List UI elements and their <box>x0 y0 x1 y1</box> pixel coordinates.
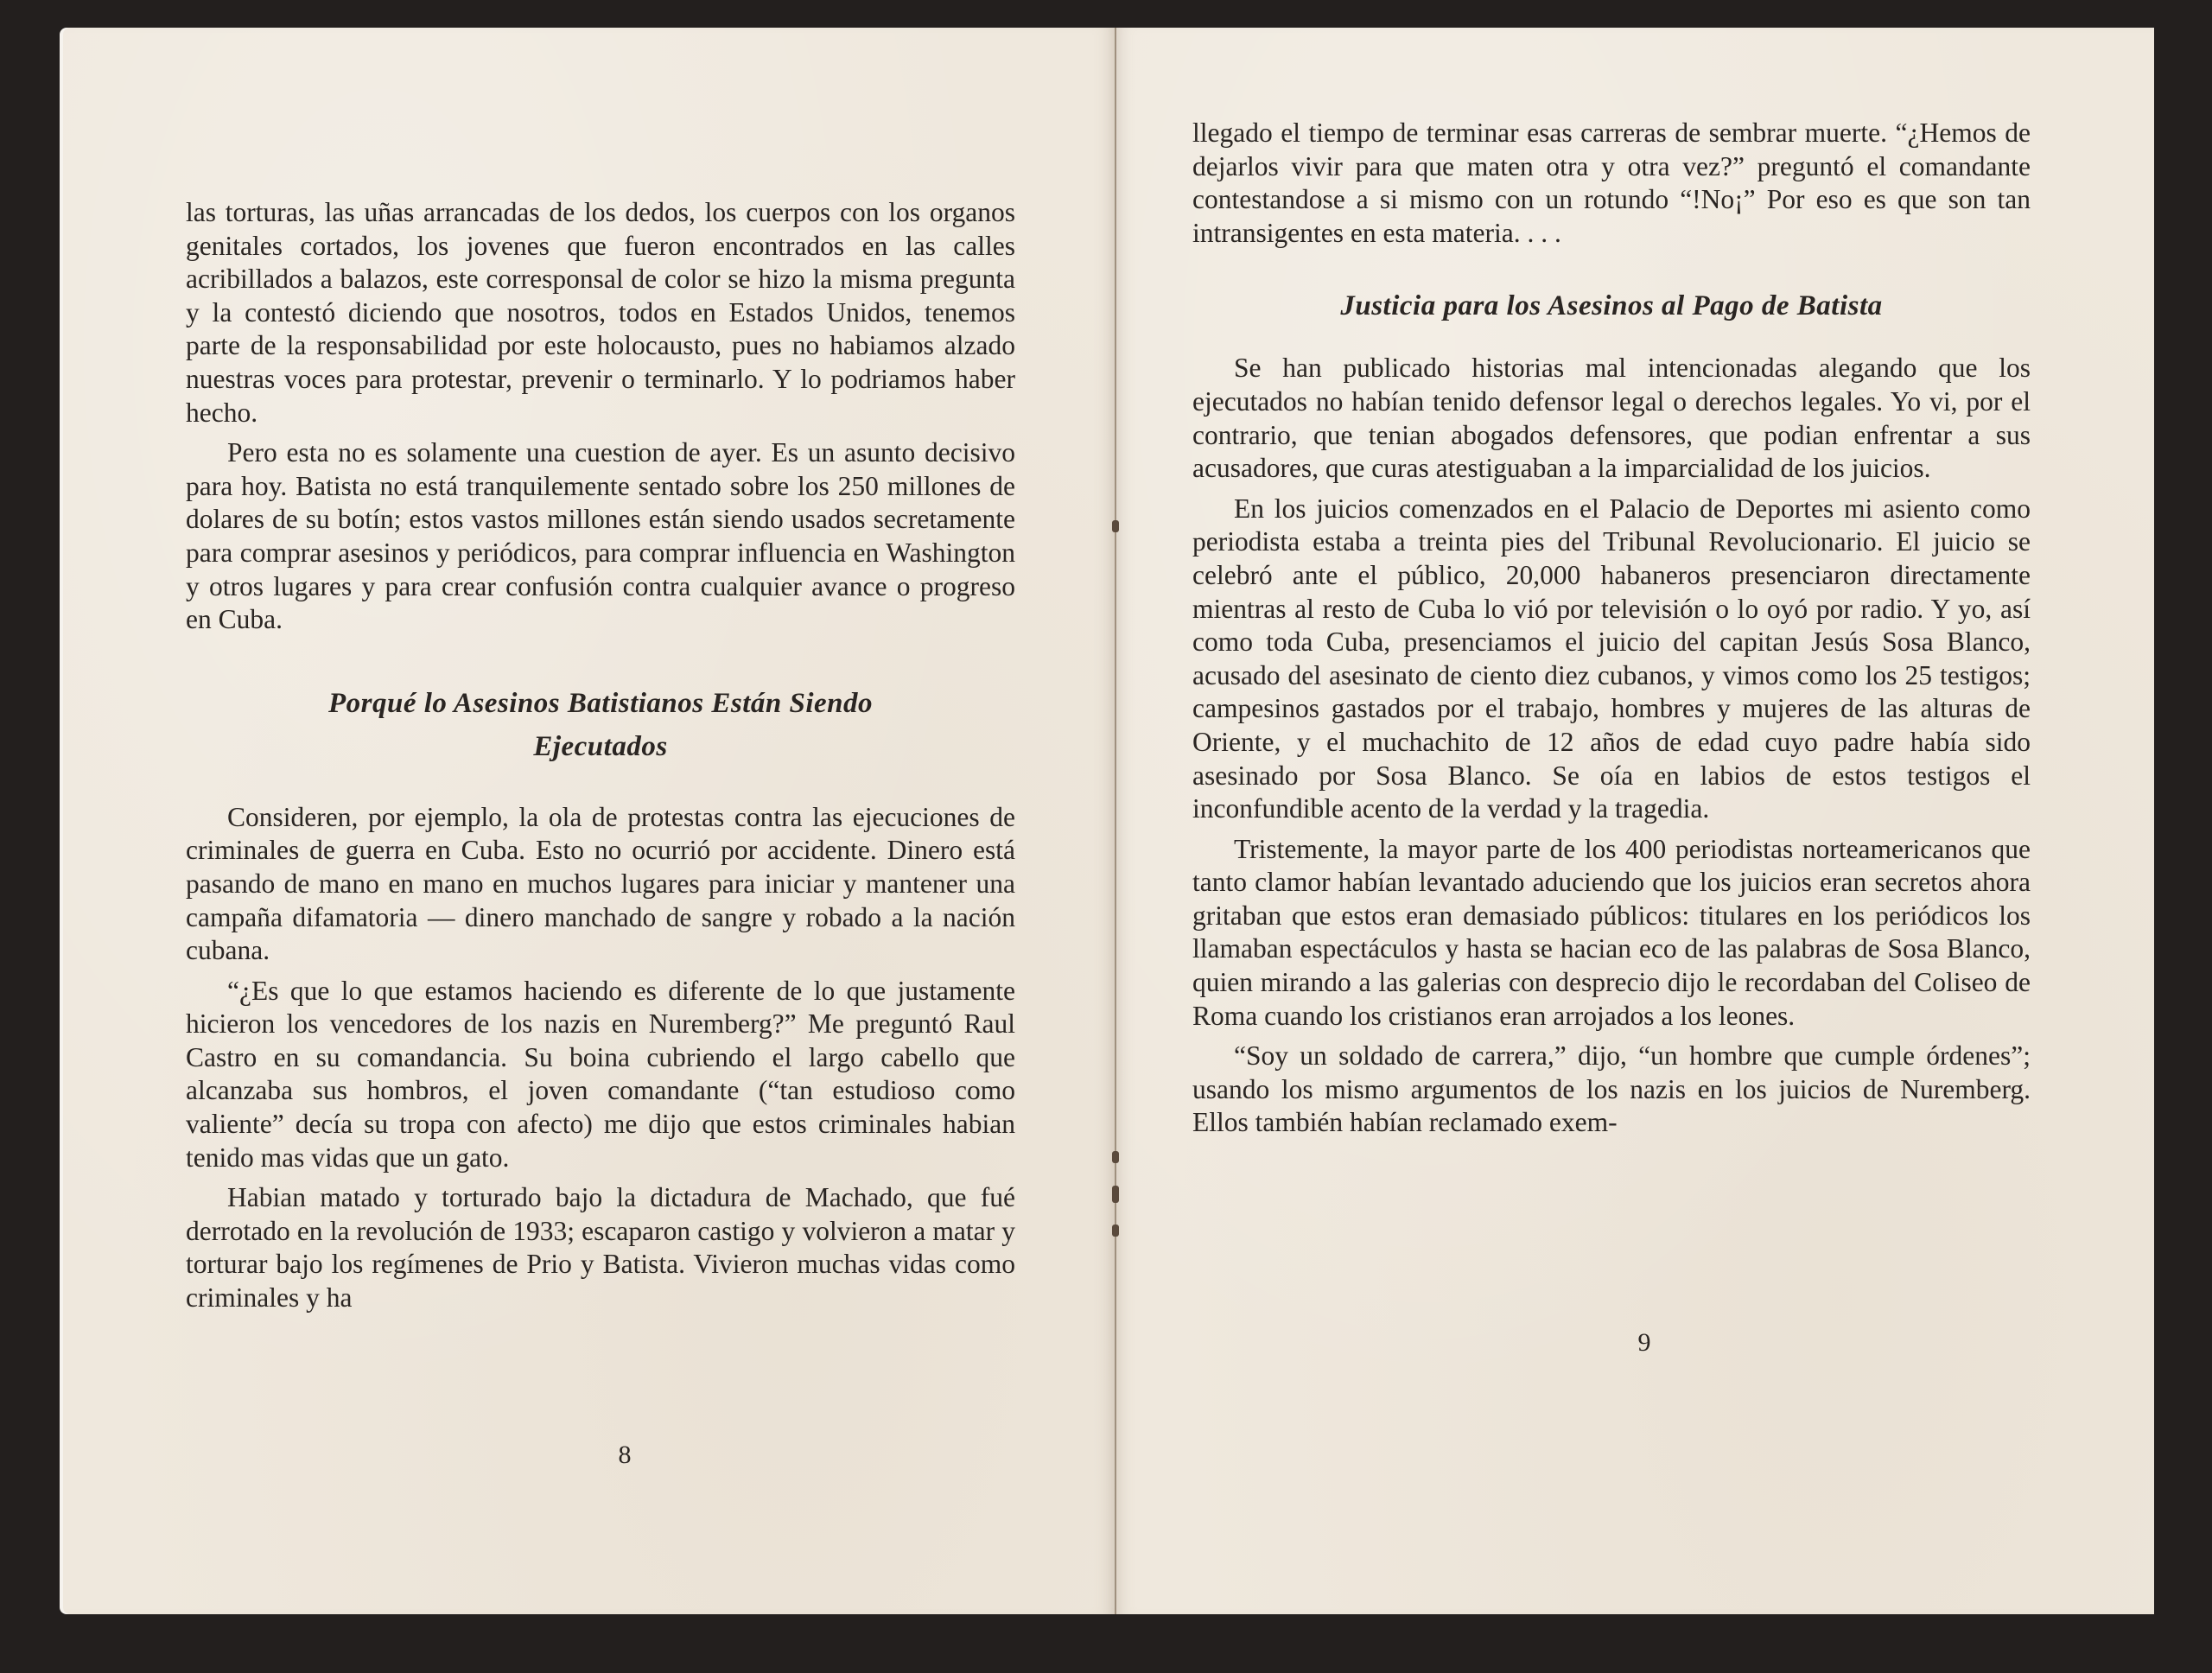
section-heading-continued: Ejecutados <box>186 725 1015 768</box>
section-heading: Justicia para los Asesinos al Pago de Ba… <box>1192 284 2031 328</box>
staple-mark-icon <box>1112 1151 1119 1163</box>
paragraph: En los juicios comenzados en el Palacio … <box>1192 493 2031 826</box>
staple-mark-icon <box>1112 1186 1119 1203</box>
paragraph: “Soy un soldado de carrera,” dijo, “un h… <box>1192 1040 2031 1140</box>
paragraph: Se han publicado historias mal intencion… <box>1192 352 2031 485</box>
section-heading: Porqué lo Asesinos Batistianos Están Sie… <box>186 682 1015 725</box>
paragraph: “¿Es que lo que estamos haciendo es dife… <box>186 975 1015 1175</box>
paragraph: llegado el tiempo de terminar esas carre… <box>1192 117 2031 250</box>
page-number-left: 8 <box>599 1441 651 1470</box>
staple-mark-icon <box>1112 520 1119 532</box>
staple-mark-icon <box>1112 1225 1119 1237</box>
paragraph: Habian matado y torturado bajo la dictad… <box>186 1181 1015 1314</box>
binding-gutter <box>1115 28 1116 1614</box>
left-page: las torturas, las uñas arrancadas de los… <box>63 28 1115 1614</box>
page-number-right: 9 <box>1618 1328 1670 1358</box>
paragraph: Tristemente, la mayor parte de los 400 p… <box>1192 833 2031 1034</box>
left-page-text: las torturas, las uñas arrancadas de los… <box>186 196 1015 1315</box>
paragraph: Pero esta no es solamente una cuestion d… <box>186 436 1015 637</box>
paragraph: las torturas, las uñas arrancadas de los… <box>186 196 1015 429</box>
booklet-spread: las torturas, las uñas arrancadas de los… <box>63 28 2154 1614</box>
paragraph: Consideren, por ejemplo, la ola de prote… <box>186 801 1015 968</box>
right-page-text: llegado el tiempo de terminar esas carre… <box>1192 117 2031 1140</box>
